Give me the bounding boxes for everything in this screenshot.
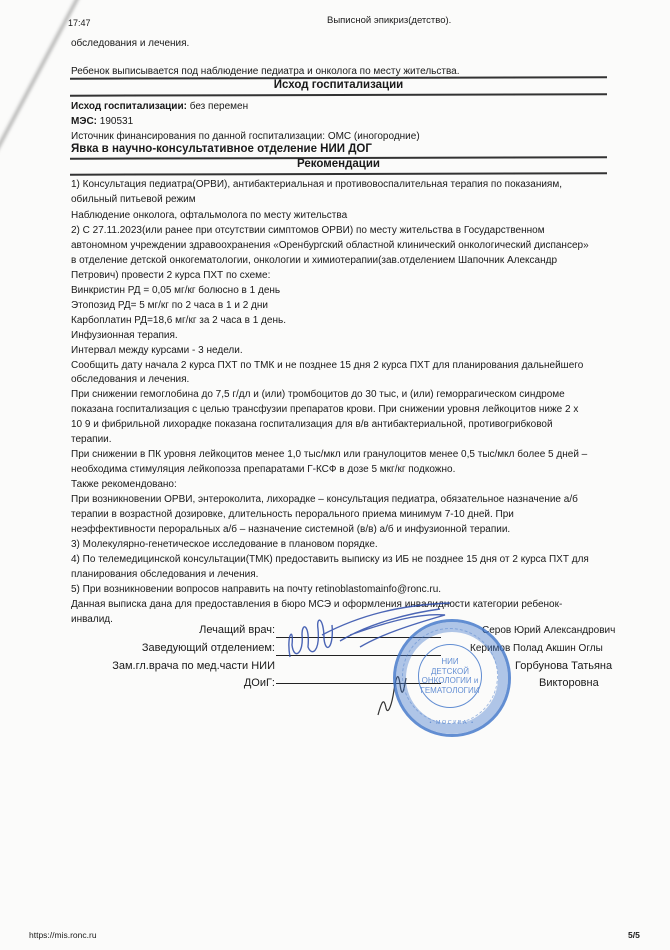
rec-line: Инфузионная терапия. [71,329,178,342]
outcome-value: без перемен [187,101,248,112]
section-title-recommendations: Рекомендации [70,158,607,170]
intro-line-1: обследования и лечения. [71,37,189,50]
stamp-center: НИИ ДЕТСКОЙ ОНКОЛОГИИ и ГЕМАТОЛОГИИ [418,644,482,708]
stamp-text: ОНКОЛОГИИ и [422,676,479,686]
institution-stamp: НИИ ДЕТСКОЙ ОНКОЛОГИИ и ГЕМАТОЛОГИИ • МО… [393,619,511,737]
rec-line: 2) С 27.11.2023(или ранее при отсутствии… [71,224,545,237]
visit-instruction: Явка в научно-консультативное отделение … [71,143,372,156]
divider [70,172,607,175]
rec-line: планирования обследования и лечения. [71,568,258,581]
mes-label: МЭС: [71,116,97,127]
rec-line: Карбоплатин РД=18,6 мг/кг за 2 часа в 1 … [71,314,286,327]
rec-line: Также рекомендовано: [71,478,177,491]
outcome-field: Исход госпитализации: без перемен [71,100,248,113]
deputy-chief-label-line1: Зам.гл.врача по мед.части НИИ [112,660,275,672]
print-time: 17:47 [68,18,91,28]
deputy-chief-name-line2: Викторовна [539,677,599,689]
rec-line: терапии в возрастной дозировке, длительн… [71,508,514,521]
rec-line: инвалид. [71,613,113,626]
rec-line: автономном учреждении здравоохранения «О… [71,239,589,252]
department-head-label: Заведующий отделением: [142,642,275,654]
document-page: 17:47 Выписной эпикриз(детство). обследо… [0,0,670,950]
stamp-text: ГЕМАТОЛОГИИ [420,686,479,696]
rec-line: При возникновении ОРВИ, энтероколита, ли… [71,493,578,506]
mes-value: 190531 [97,116,133,127]
rec-line: обильный питьевой режим [71,193,196,206]
rec-line: При снижении гемоглобина до 7,5 г/дл и (… [71,388,565,401]
document-title: Выписной эпикриз(детство). [327,15,451,26]
rec-line: необходима стимуляция лейкопоэза препара… [71,463,455,476]
rec-line: неэффективности пероральных а/б – назнач… [71,523,510,536]
attending-physician-label: Лечащий врач: [199,624,275,636]
rec-line: 1) Консультация педиатра(ОРВИ), антибакт… [71,178,562,191]
rec-line: в отделение детской онкогематологии, онк… [71,254,557,267]
rec-line: При снижении в ПК уровня лейкоцитов мене… [71,448,587,461]
rec-line: Этопозид РД= 5 мг/кг по 2 часа в 1 и 2 д… [71,299,268,312]
divider [70,93,607,96]
rec-line: Петрович) провести 2 курса ПХТ по схеме: [71,269,270,282]
footer-url[interactable]: https://mis.ronc.ru [29,930,97,940]
rec-line: 10 9 и фибрильной лихорадке показана гос… [71,418,553,431]
rec-line: обследования и лечения. [71,373,189,386]
rec-line: 3) Молекулярно-генетическое исследование… [71,538,378,551]
rec-line: показана госпитализация с целью трансфуз… [71,403,578,416]
deputy-chief-name-line1: Горбунова Татьяна [515,660,612,672]
section-title-outcome: Исход госпитализации [70,79,607,91]
rec-line: Интервал между курсами - 3 недели. [71,344,243,357]
attending-physician-name: Серов Юрий Александрович [482,625,615,636]
funding-source: Источник финансирования по данной госпит… [71,130,420,143]
stamp-city: • МОСКВА • [396,720,508,726]
rec-line: Наблюдение онколога, офтальмолога по мес… [71,209,347,222]
page-number: 5/5 [628,930,640,940]
rec-line: терапии. [71,433,112,446]
outcome-label: Исход госпитализации: [71,101,187,112]
mes-field: МЭС: 190531 [71,115,133,128]
stamp-text: ДЕТСКОЙ [431,667,469,677]
rec-line: Винкристин РД = 0,05 мг/кг болюсно в 1 д… [71,284,280,297]
stamp-text: НИИ [441,657,458,667]
rec-line: Сообщить дату начала 2 курса ПХТ по ТМК … [71,359,583,372]
deputy-chief-label-line2: ДОиГ: [244,677,275,689]
rec-line: 4) По телемедицинской консультации(ТМК) … [71,553,589,566]
